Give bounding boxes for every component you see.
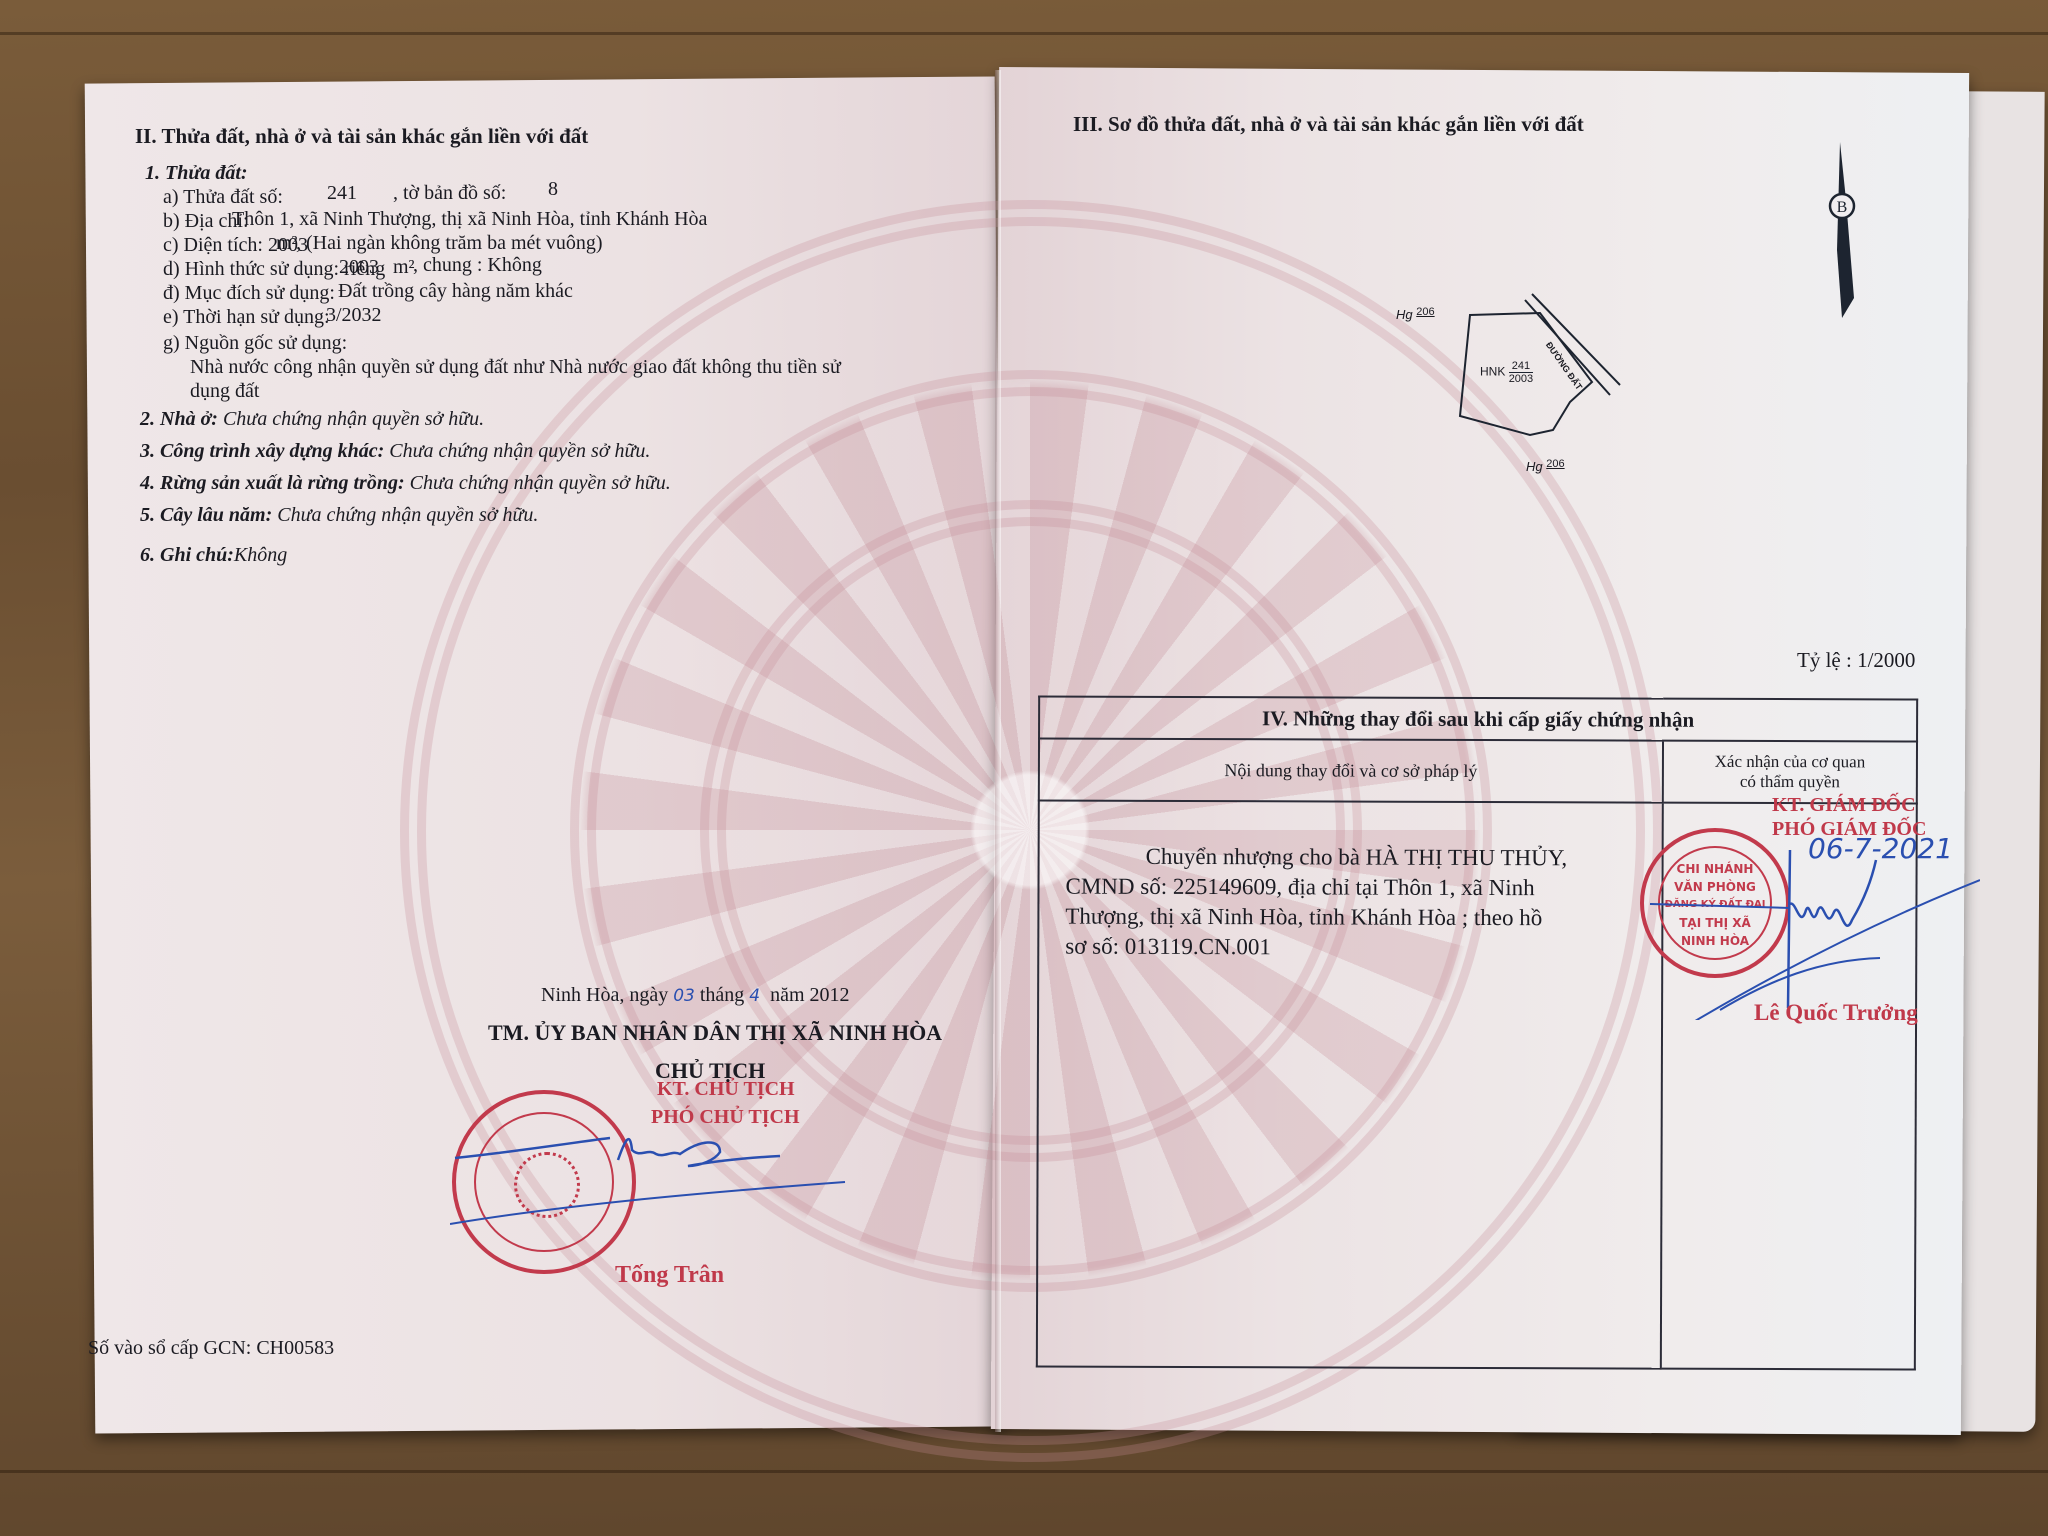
- purpose-label: đ) Mục đích sử dụng:: [163, 282, 335, 305]
- confirm-signer-name: Lê Quốc Trưởng: [1754, 1000, 1918, 1026]
- parcel-number: 241: [327, 182, 357, 205]
- issue-day: 03: [673, 986, 695, 1006]
- shared-area: , chung : Không: [413, 254, 542, 277]
- issue-month-label: tháng: [700, 984, 744, 1006]
- change-line-4: sơ số: 013119.CN.001: [1065, 932, 1641, 964]
- origin-label: g) Nguồn gốc sử dụng:: [163, 332, 347, 355]
- planted-forest-label: 4. Rừng sản xuất là rừng trồng:: [140, 472, 405, 494]
- term-label: e) Thời hạn sử dụng:: [163, 306, 330, 329]
- land-type-code: HNK: [1480, 365, 1505, 379]
- north-letter: B: [1837, 199, 1848, 216]
- parcel-map: Hg 206 HNK 241 2003 ĐƯỜNG ĐẤT Hg 206: [1360, 280, 1720, 500]
- parcel-label: HNK 241 2003: [1480, 360, 1533, 385]
- neighbor-bottom-code: Hg: [1526, 459, 1543, 474]
- notes-label: 6. Ghi chú:: [140, 544, 234, 566]
- origin-value-line-1: Nhà nước công nhận quyền sử dụng đất như…: [190, 356, 841, 379]
- house-label: 2. Nhà ở:: [140, 408, 218, 430]
- neighbor-top: Hg 206: [1396, 306, 1435, 322]
- parcel-number-label: a) Thửa đất số:: [163, 186, 283, 209]
- map-parcel-area: 2003: [1509, 373, 1533, 385]
- change-content-cell: Chuyển nhượng cho bà HÀ THỊ THU THỦY, CM…: [1037, 800, 1663, 1368]
- term-value: 3/2032: [326, 304, 382, 327]
- issue-year: năm 2012: [770, 984, 849, 1006]
- confirmation-header-line-2: có thẩm quyền: [1740, 772, 1840, 791]
- planted-forest-value: Chưa chứng nhận quyền sở hữu.: [410, 472, 671, 494]
- change-line-1: Chuyển nhượng cho bà HÀ THỊ THU THỦY,: [1066, 842, 1642, 874]
- private-area-unit: m²: [393, 256, 415, 279]
- confirmation-header-line-1: Xác nhận của cơ quan: [1715, 752, 1866, 772]
- map-sheet-label: , tờ bản đồ số:: [393, 182, 506, 205]
- notes-value: Không: [234, 544, 287, 566]
- area-unit: m²: [276, 232, 298, 255]
- change-line-3: Thượng, thị xã Ninh Hòa, tỉnh Khánh Hòa …: [1065, 902, 1641, 934]
- issue-date-line: Ninh Hòa, ngày 03 tháng 4 năm 2012: [541, 984, 850, 1007]
- other-construction-row: 3. Công trình xây dựng khác: Chưa chứng …: [140, 440, 650, 463]
- page-fold: [995, 70, 1001, 1432]
- neighbor-top-number: 206: [1416, 306, 1434, 318]
- section-4-title: IV. Những thay đổi sau khi cấp giấy chứn…: [1039, 696, 1917, 741]
- planted-forest-row: 4. Rừng sản xuất là rừng trồng: Chưa chứ…: [140, 472, 671, 495]
- house-value: Chưa chứng nhận quyền sở hữu.: [223, 408, 484, 430]
- section-2-title: II. Thửa đất, nhà ở và tài sản khác gắn …: [135, 124, 588, 149]
- issue-month: 4: [749, 986, 760, 1006]
- notes-row: 6. Ghi chú:Không: [140, 544, 287, 567]
- other-construction-label: 3. Công trình xây dựng khác:: [140, 440, 384, 462]
- map-parcel-number: 241: [1509, 360, 1533, 373]
- map-scale: Tỷ lệ : 1/2000: [1797, 648, 1915, 673]
- item-1-label: 1. Thửa đất:: [145, 162, 248, 185]
- address-value: Thôn 1, xã Ninh Thượng, thị xã Ninh Hòa,…: [232, 208, 707, 231]
- house-row: 2. Nhà ở: Chưa chứng nhận quyền sở hữu.: [140, 408, 484, 431]
- other-construction-value: Chưa chứng nhận quyền sở hữu.: [389, 440, 650, 462]
- register-number: Số vào sổ cấp GCN: CH00583: [88, 1337, 334, 1360]
- chair-signer-name: Tống Trân: [615, 1262, 724, 1289]
- change-content-header: Nội dung thay đổi và cơ sở pháp lý: [1039, 738, 1663, 802]
- director-signature: [1640, 840, 1980, 1020]
- perennial-trees-label: 5. Cây lâu năm:: [140, 504, 272, 526]
- section-3-title: III. Sơ đồ thửa đất, nhà ở và tài sản kh…: [1073, 112, 1584, 137]
- confirm-on-behalf-title: KT. GIÁM ĐỐC: [1772, 794, 1916, 817]
- perennial-trees-value: Chưa chứng nhận quyền sở hữu.: [277, 504, 538, 526]
- private-area: 2003: [339, 256, 379, 279]
- neighbor-bottom-number: 206: [1546, 458, 1564, 470]
- neighbor-bottom: Hg 206: [1526, 458, 1565, 474]
- table-grain: [0, 32, 2048, 35]
- origin-value-line-2: dụng đất: [190, 380, 259, 403]
- area-in-words: , (Hai ngàn không trăm ba mét vuông): [296, 232, 603, 255]
- perennial-trees-row: 5. Cây lâu năm: Chưa chứng nhận quyền sở…: [140, 504, 538, 527]
- chair-signature: [450, 1120, 850, 1240]
- on-behalf-title: KT. CHỦ TỊCH: [657, 1078, 795, 1101]
- issuing-authority: TM. ỦY BAN NHÂN DÂN THỊ XÃ NINH HÒA: [488, 1020, 942, 1046]
- north-arrow-icon: B: [1820, 140, 1880, 320]
- neighbor-top-code: Hg: [1396, 307, 1413, 322]
- map-sheet-number: 8: [548, 178, 558, 201]
- issue-date-prefix: Ninh Hòa, ngày: [541, 984, 668, 1006]
- change-line-2: CMND số: 225149609, địa chỉ tại Thôn 1, …: [1065, 872, 1641, 904]
- purpose-value: Đất trồng cây hàng năm khác: [338, 280, 573, 303]
